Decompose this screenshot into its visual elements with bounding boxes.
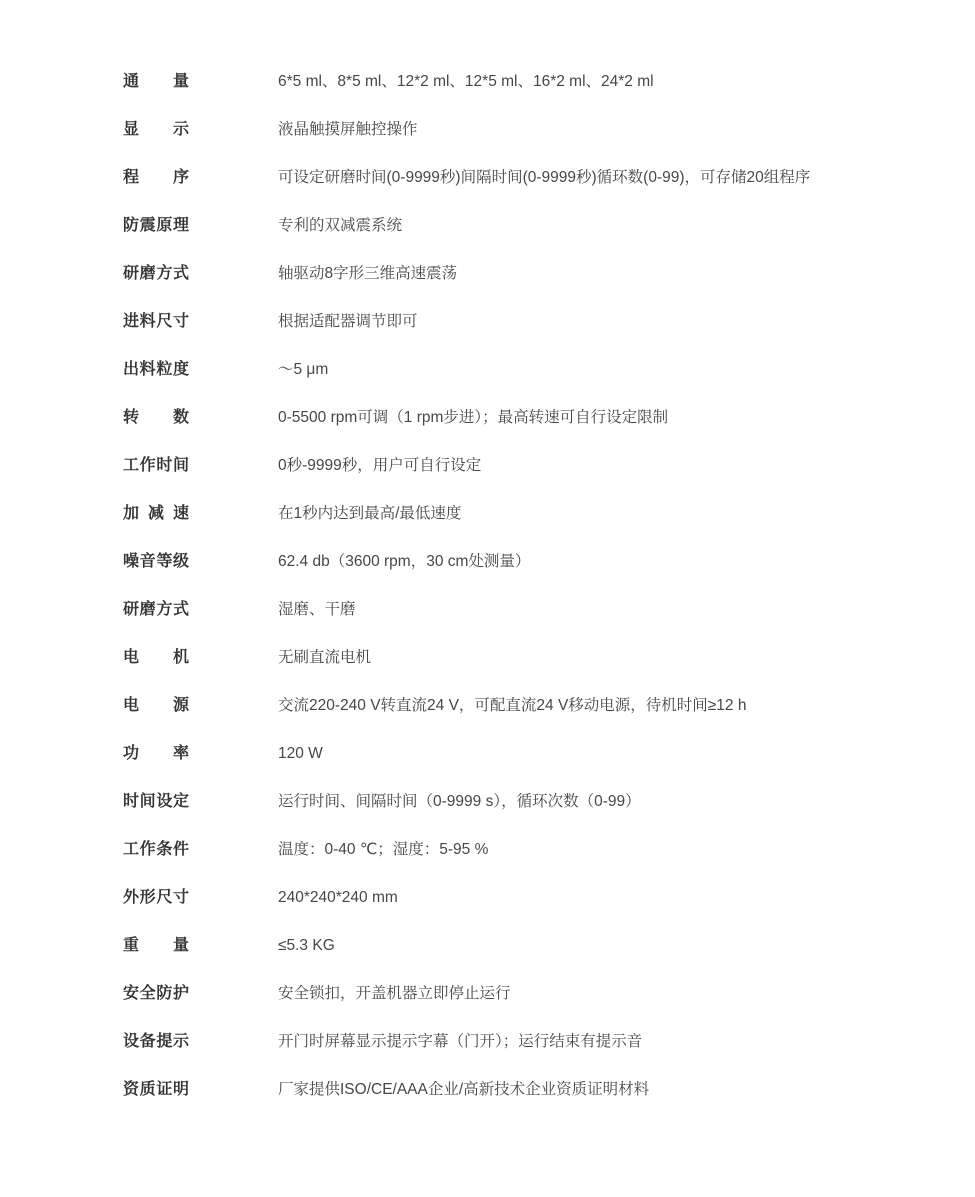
spec-row-value: 厂家提供ISO/CE/AAA企业/高新技术企业资质证明材料	[278, 1079, 649, 1101]
spec-row: 资质证明 厂家提供ISO/CE/AAA企业/高新技术企业资质证明材料	[123, 1079, 913, 1101]
label-char: 定	[173, 791, 189, 813]
label-char: 证	[156, 1079, 172, 1101]
spec-row-label: 外形尺寸	[123, 887, 189, 909]
label-char: 备	[140, 1031, 156, 1053]
spec-row-label: 设备提示	[123, 1031, 189, 1053]
label-char: 程	[123, 167, 139, 189]
label-char: 显	[123, 119, 139, 141]
label-char: 料	[140, 359, 156, 381]
spec-row-value: 轴驱动8字形三维高速震荡	[278, 263, 457, 285]
label-char: 量	[173, 935, 189, 957]
label-char: 减	[148, 503, 164, 525]
spec-row: 研磨方式 湿磨、干磨	[123, 599, 913, 621]
spec-row-label: 通量	[123, 71, 189, 93]
spec-row-value: 交流220-240 V转直流24 V，可配直流24 V移动电源，待机时间≥12 …	[278, 695, 746, 717]
spec-row-value: 0秒-9999秒，用户可自行设定	[278, 455, 481, 477]
spec-row-value: 湿磨、干磨	[278, 599, 356, 621]
label-char: 等	[156, 551, 172, 573]
label-char: 时	[123, 791, 139, 813]
label-char: 安	[123, 983, 139, 1005]
spec-row-label: 时间设定	[123, 791, 189, 813]
spec-row-label: 防震原理	[123, 215, 189, 237]
label-char: 工	[123, 839, 139, 861]
label-char: 方	[156, 599, 172, 621]
label-char: 电	[123, 695, 139, 717]
label-char: 功	[123, 743, 139, 765]
spec-row-label: 工作时间	[123, 455, 189, 477]
spec-row-value: ≤5.3 KG	[278, 935, 335, 957]
label-char: 示	[173, 119, 189, 141]
spec-row-label: 程序	[123, 167, 189, 189]
label-char: 形	[140, 887, 156, 909]
label-char: 设	[156, 791, 172, 813]
label-char: 机	[173, 647, 189, 669]
spec-row-value: 240*240*240 mm	[278, 887, 398, 909]
spec-row: 通量 6*5 ml、8*5 ml、12*2 ml、12*5 ml、16*2 ml…	[123, 71, 913, 93]
spec-row: 外形尺寸 240*240*240 mm	[123, 887, 913, 909]
label-char: 重	[123, 935, 139, 957]
spec-row-label: 电源	[123, 695, 189, 717]
label-char: 寸	[173, 887, 189, 909]
spec-row-value: 无刷直流电机	[278, 647, 371, 669]
spec-row: 进料尺寸 根据适配器调节即可	[123, 311, 913, 333]
label-char: 加	[123, 503, 139, 525]
spec-row: 工作条件 温度：0-40 ℃；湿度：5-95 %	[123, 839, 913, 861]
label-char: 防	[156, 983, 172, 1005]
spec-row-label: 显示	[123, 119, 189, 141]
spec-row-value: 在1秒内达到最高/最低速度	[278, 503, 461, 525]
spec-row: 重量 ≤5.3 KG	[123, 935, 913, 957]
spec-row: 研磨方式 轴驱动8字形三维高速震荡	[123, 263, 913, 285]
label-char: 研	[123, 263, 139, 285]
spec-row: 电机 无刷直流电机	[123, 647, 913, 669]
spec-row-value: 开门时屏幕显示提示字幕（门开）；运行结束有提示音	[278, 1031, 642, 1053]
label-char: 电	[123, 647, 139, 669]
spec-row: 防震原理 专利的双减震系统	[123, 215, 913, 237]
spec-row-label: 加减速	[123, 503, 189, 525]
label-char: 速	[173, 503, 189, 525]
label-char: 式	[173, 263, 189, 285]
label-char: 作	[140, 455, 156, 477]
label-char: 级	[173, 551, 189, 573]
spec-row: 出料粒度 ～5 μm	[123, 359, 913, 381]
spec-row-value: 安全锁扣，开盖机器立即停止运行	[278, 983, 511, 1005]
spec-row-value: 根据适配器调节即可	[278, 311, 418, 333]
spec-row: 设备提示 开门时屏幕显示提示字幕（门开）；运行结束有提示音	[123, 1031, 913, 1053]
spec-row-label: 资质证明	[123, 1079, 189, 1101]
label-char: 条	[156, 839, 172, 861]
spec-row-label: 电机	[123, 647, 189, 669]
label-char: 量	[173, 71, 189, 93]
label-char: 方	[156, 263, 172, 285]
spec-row-label: 噪音等级	[123, 551, 189, 573]
spec-row-label: 出料粒度	[123, 359, 189, 381]
spec-row: 工作时间 0秒-9999秒，用户可自行设定	[123, 455, 913, 477]
spec-row-label: 进料尺寸	[123, 311, 189, 333]
spec-row-label: 转数	[123, 407, 189, 429]
label-char: 资	[123, 1079, 139, 1101]
spec-row: 功率 120 W	[123, 743, 913, 765]
label-char: 出	[123, 359, 139, 381]
spec-row-value: 0-5500 rpm可调（1 rpm步进）；最高转速可自行设定限制	[278, 407, 668, 429]
label-char: 件	[173, 839, 189, 861]
label-char: 度	[173, 359, 189, 381]
spec-row: 时间设定 运行时间、间隔时间（0-9999 s），循环次数（0-99）	[123, 791, 913, 813]
label-char: 工	[123, 455, 139, 477]
spec-row-value: 可设定研磨时间(0-9999秒)间隔时间(0-9999秒)循环数(0-99)，可…	[278, 167, 810, 189]
label-char: 间	[173, 455, 189, 477]
label-char: 粒	[156, 359, 172, 381]
spec-row-label: 重量	[123, 935, 189, 957]
label-char: 式	[173, 599, 189, 621]
label-char: 提	[156, 1031, 172, 1053]
spec-row-value: 专利的双减震系统	[278, 215, 402, 237]
spec-row: 转数 0-5500 rpm可调（1 rpm步进）；最高转速可自行设定限制	[123, 407, 913, 429]
spec-rows: 通量 6*5 ml、8*5 ml、12*2 ml、12*5 ml、16*2 ml…	[123, 71, 913, 1101]
spec-row-label: 功率	[123, 743, 189, 765]
label-char: 寸	[173, 311, 189, 333]
label-char: 理	[173, 215, 189, 237]
label-char: 作	[140, 839, 156, 861]
spec-row-label: 安全防护	[123, 983, 189, 1005]
spec-row: 程序 可设定研磨时间(0-9999秒)间隔时间(0-9999秒)循环数(0-99…	[123, 167, 913, 189]
spec-row: 噪音等级 62.4 db（3600 rpm，30 cm处测量）	[123, 551, 913, 573]
label-char: 序	[173, 167, 189, 189]
label-char: 率	[173, 743, 189, 765]
label-char: 时	[156, 455, 172, 477]
label-char: 料	[140, 311, 156, 333]
spec-row-value: 62.4 db（3600 rpm，30 cm处测量）	[278, 551, 530, 573]
spec-row-label: 工作条件	[123, 839, 189, 861]
label-char: 质	[140, 1079, 156, 1101]
label-char: 示	[173, 1031, 189, 1053]
spec-row-label: 研磨方式	[123, 263, 189, 285]
label-char: 噪	[123, 551, 139, 573]
label-char: 明	[173, 1079, 189, 1101]
label-char: 源	[173, 695, 189, 717]
label-char: 震	[140, 215, 156, 237]
spec-row: 加减速 在1秒内达到最高/最低速度	[123, 503, 913, 525]
label-char: 原	[156, 215, 172, 237]
spec-sheet: 通量 6*5 ml、8*5 ml、12*2 ml、12*5 ml、16*2 ml…	[123, 71, 913, 1127]
spec-row-value: 6*5 ml、8*5 ml、12*2 ml、12*5 ml、16*2 ml、24…	[278, 71, 654, 93]
label-char: 研	[123, 599, 139, 621]
spec-row: 电源 交流220-240 V转直流24 V，可配直流24 V移动电源，待机时间≥…	[123, 695, 913, 717]
label-char: 全	[140, 983, 156, 1005]
label-char: 磨	[140, 599, 156, 621]
spec-row-value: 液晶触摸屏触控操作	[278, 119, 418, 141]
label-char: 设	[123, 1031, 139, 1053]
spec-row-value: 温度：0-40 ℃；湿度：5-95 %	[278, 839, 488, 861]
label-char: 护	[173, 983, 189, 1005]
label-char: 数	[173, 407, 189, 429]
label-char: 尺	[156, 311, 172, 333]
spec-row-value: 120 W	[278, 743, 323, 765]
label-char: 尺	[156, 887, 172, 909]
label-char: 防	[123, 215, 139, 237]
label-char: 转	[123, 407, 139, 429]
label-char: 进	[123, 311, 139, 333]
spec-row: 显示 液晶触摸屏触控操作	[123, 119, 913, 141]
label-char: 磨	[140, 263, 156, 285]
label-char: 外	[123, 887, 139, 909]
spec-row: 安全防护 安全锁扣，开盖机器立即停止运行	[123, 983, 913, 1005]
spec-row-label: 研磨方式	[123, 599, 189, 621]
label-char: 间	[140, 791, 156, 813]
label-char: 通	[123, 71, 139, 93]
spec-row-value: ～5 μm	[278, 359, 328, 381]
spec-row-value: 运行时间、间隔时间（0-9999 s），循环次数（0-99）	[278, 791, 641, 813]
label-char: 音	[140, 551, 156, 573]
